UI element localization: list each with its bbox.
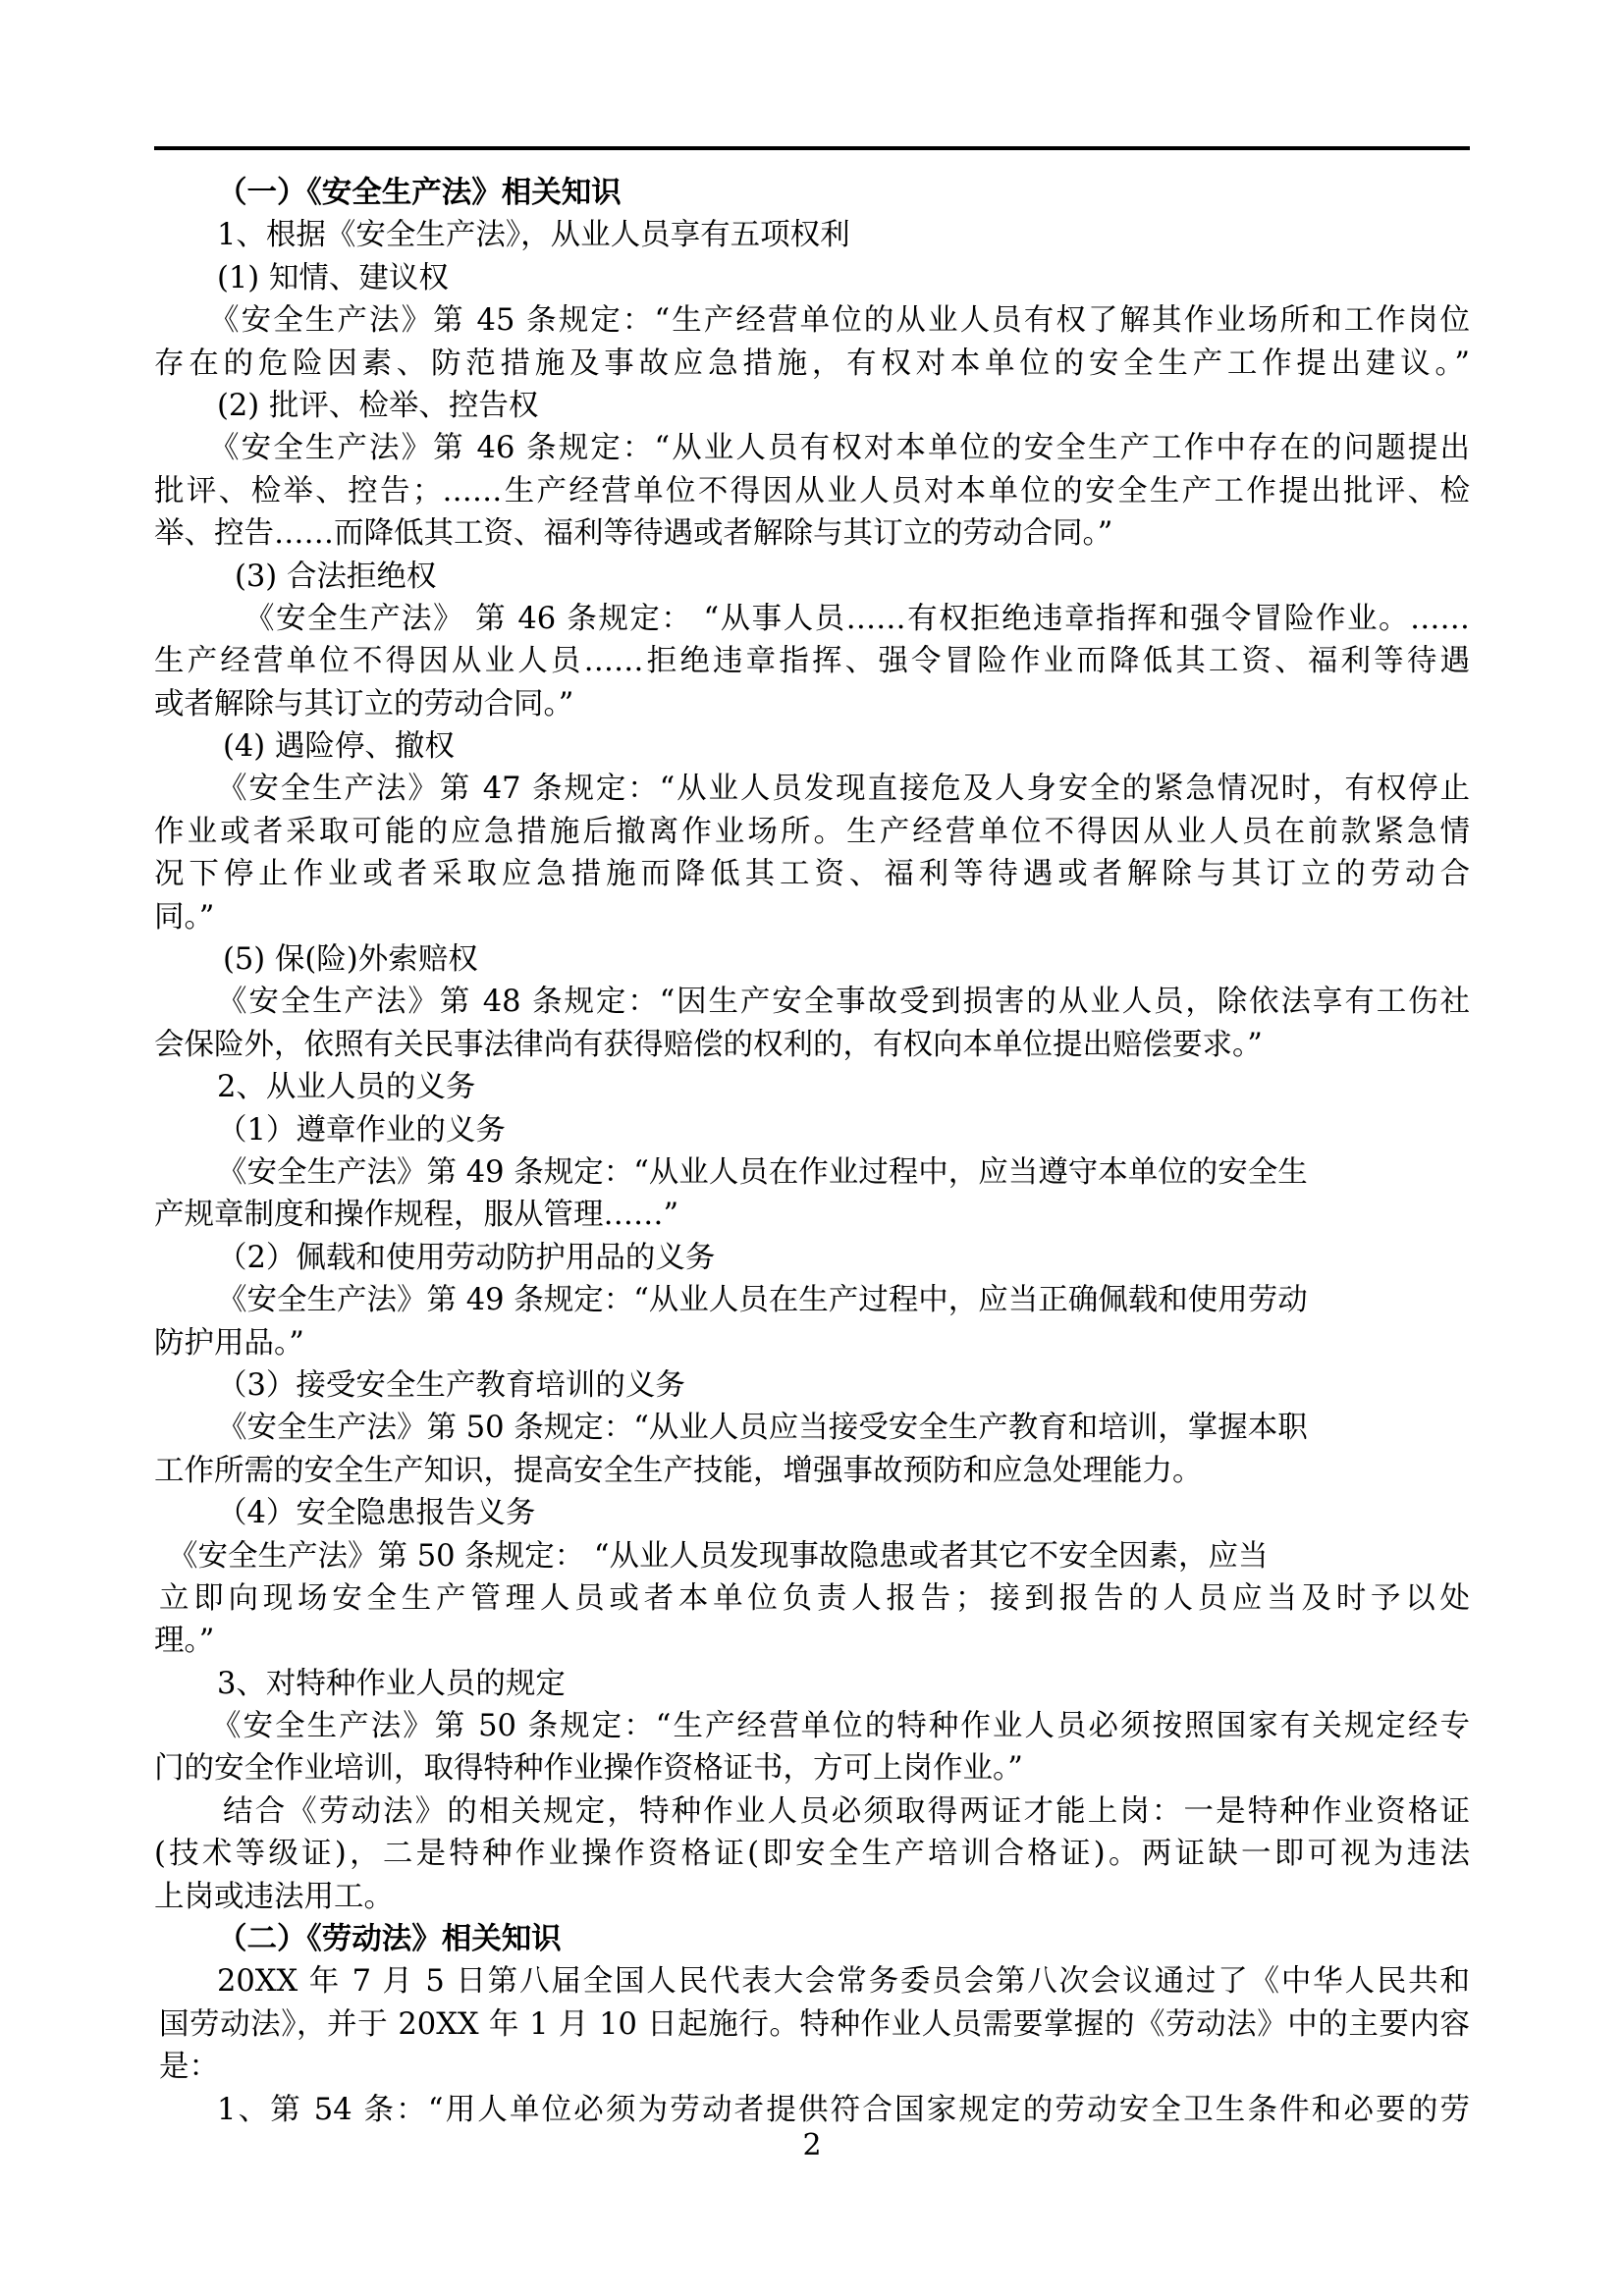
text-line: （3）接受安全生产教育培训的义务 [154, 1364, 1470, 1407]
text-line: (3) 合法拒绝权 [154, 556, 1470, 598]
text-line: 《安全生产法》第 48 条规定：“因生产安全事故受到损害的从业人员，除依法享有工… [154, 981, 1470, 1023]
text-line: 同。” [154, 896, 1470, 938]
text-line: 《安全生产法》第 49 条规定：“从业人员在作业过程中，应当遵守本单位的安全生 [154, 1151, 1470, 1194]
text-line: （1）遵章作业的义务 [154, 1109, 1470, 1151]
text-line: （2）佩载和使用劳动防护用品的义务 [154, 1237, 1470, 1279]
text-line: 《安全生产法》第 50 条规定：“从业人员应当接受安全生产教育和培训，掌握本职 [154, 1407, 1470, 1449]
text-line: 生产经营单位不得因从业人员……拒绝违章指挥、强令冒险作业而降低其工资、福利等待遇 [154, 640, 1470, 682]
text-line: 《安全生产法》第 45 条规定：“生产经营单位的从业人员有权了解其作业场所和工作… [154, 299, 1470, 342]
text-line: 1、根据《安全生产法》，从业人员享有五项权利 [154, 214, 1470, 256]
text-line: 《安全生产法》第 50 条规定： “从业人员发现事故隐患或者其它不安全因素，应当 [154, 1535, 1470, 1577]
text-line: 防护用品。” [154, 1322, 1470, 1364]
text-line: (1) 知情、建议权 [154, 257, 1470, 299]
text-line: 上岗或违法用工。 [154, 1876, 1470, 1918]
text-line: 立即向现场安全生产管理人员或者本单位负责人报告；接到报告的人员应当及时予以处 [154, 1577, 1470, 1620]
text-line: 结合《劳动法》的相关规定，特种作业人员必须取得两证才能上岗：一是特种作业资格证 [154, 1790, 1470, 1833]
text-line: 国劳动法》，并于 20XX 年 1 月 10 日起施行。特种作业人员需要掌握的《… [154, 2003, 1470, 2046]
text-line: 1、第 54 条：“用人单位必须为劳动者提供符合国家规定的劳动安全卫生条件和必要… [154, 2089, 1470, 2131]
text-line: 20XX 年 7 月 5 日第八届全国人民代表大会常务委员会第八次会议通过了《中… [154, 1960, 1470, 2002]
text-line: 批评、检举、控告；……生产经营单位不得因从业人员对本单位的安全生产工作提出批评、… [154, 470, 1470, 512]
text-line: 是： [154, 2046, 1470, 2088]
text-line: 况下停止作业或者采取应急措施而降低其工资、福利等待遇或者解除与其订立的劳动合 [154, 853, 1470, 895]
document-body: （一）《安全生产法》相关知识1、根据《安全生产法》，从业人员享有五项权利(1) … [154, 172, 1470, 2131]
text-line: 产规章制度和操作规程，服从管理……” [154, 1194, 1470, 1236]
text-line: 《安全生产法》第 46 条规定：“从业人员有权对本单位的安全生产工作中存在的问题… [154, 427, 1470, 469]
text-line: 或者解除与其订立的劳动合同。” [154, 683, 1470, 725]
text-line: 《安全生产法》第 49 条规定：“从业人员在生产过程中，应当正确佩载和使用劳动 [154, 1279, 1470, 1321]
text-line: 3、对特种作业人员的规定 [154, 1663, 1470, 1705]
text-line: 《安全生产法》 第 46 条规定： “从事人员……有权拒绝违章指挥和强令冒险作业… [154, 598, 1470, 640]
text-line: 理。” [154, 1620, 1470, 1662]
header-rule [154, 146, 1470, 150]
text-line: 举、控告……而降低其工资、福利等待遇或者解除与其订立的劳动合同。” [154, 512, 1470, 555]
text-line: 作业或者采取可能的应急措施后撤离作业场所。生产经营单位不得因从业人员在前款紧急情 [154, 811, 1470, 853]
text-line: (5) 保(险)外索赔权 [154, 938, 1470, 981]
text-line: (2) 批评、检举、控告权 [154, 385, 1470, 427]
text-line: 2、从业人员的义务 [154, 1066, 1470, 1108]
text-line: 存在的危险因素、防范措施及事故应急措施，有权对本单位的安全生产工作提出建议。” [154, 343, 1470, 385]
text-line: 《安全生产法》第 50 条规定：“生产经营单位的特种作业人员必须按照国家有关规定… [154, 1705, 1470, 1747]
text-line: 《安全生产法》第 47 条规定：“从业人员发现直接危及人身安全的紧急情况时，有权… [154, 768, 1470, 810]
text-line: （4）安全隐患报告义务 [154, 1492, 1470, 1534]
text-line: 工作所需的安全生产知识，提高安全生产技能，增强事故预防和应急处理能力。 [154, 1450, 1470, 1492]
text-line: 会保险外，依照有关民事法律尚有获得赔偿的权利的，有权向本单位提出赔偿要求。” [154, 1024, 1470, 1066]
text-line: (技术等级证)，二是特种作业操作资格证(即安全生产培训合格证)。两证缺一即可视为… [154, 1833, 1470, 1875]
text-line: (4) 遇险停、撤权 [154, 725, 1470, 768]
section-heading: （一）《安全生产法》相关知识 [154, 172, 1470, 214]
section-heading: （二）《劳动法》相关知识 [154, 1918, 1470, 1960]
document-page: （一）《安全生产法》相关知识1、根据《安全生产法》，从业人员享有五项权利(1) … [0, 0, 1624, 2296]
page-number: 2 [0, 2128, 1624, 2163]
text-line: 门的安全作业培训，取得特种作业操作资格证书，方可上岗作业。” [154, 1747, 1470, 1789]
